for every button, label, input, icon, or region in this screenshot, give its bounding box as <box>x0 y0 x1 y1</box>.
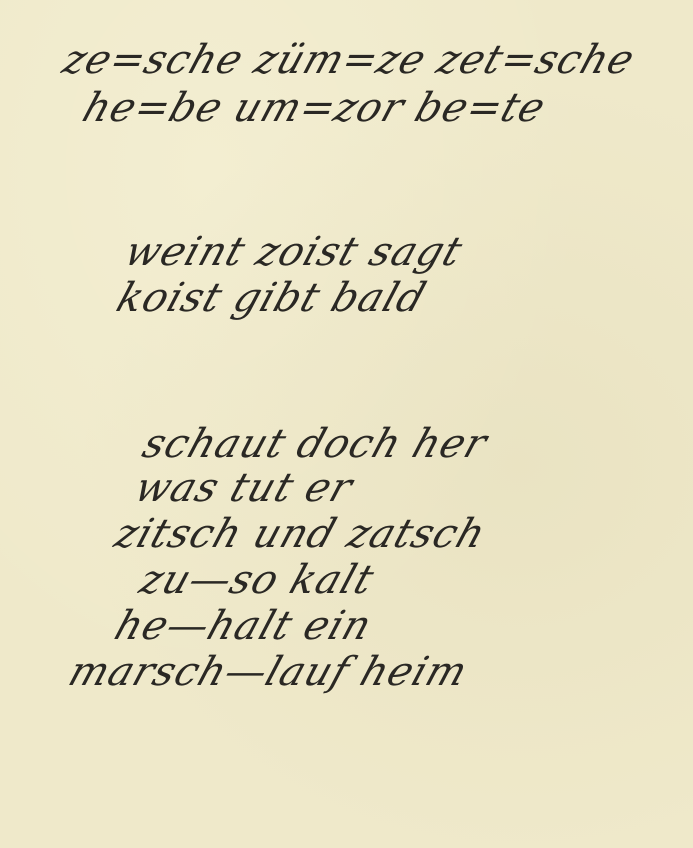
script-line-2: he=be um=zor be=te <box>78 88 551 128</box>
script-line-7: zitsch und zatsch <box>110 514 491 554</box>
script-line-5: schaut doch her <box>138 424 492 464</box>
script-line-4: koist gibt bald <box>112 278 431 318</box>
scanned-page: ze=sche züm=ze zet=sche he=be um=zor be=… <box>0 0 693 848</box>
script-line-3: weint zoist sagt <box>120 232 468 272</box>
script-line-8: zu—so kalt <box>135 560 379 600</box>
script-line-10: marsch—lauf heim <box>64 652 473 692</box>
script-line-6: was tut er <box>130 468 358 508</box>
script-line-9: he—halt ein <box>110 606 377 646</box>
script-line-1: ze=sche züm=ze zet=sche <box>58 40 640 80</box>
